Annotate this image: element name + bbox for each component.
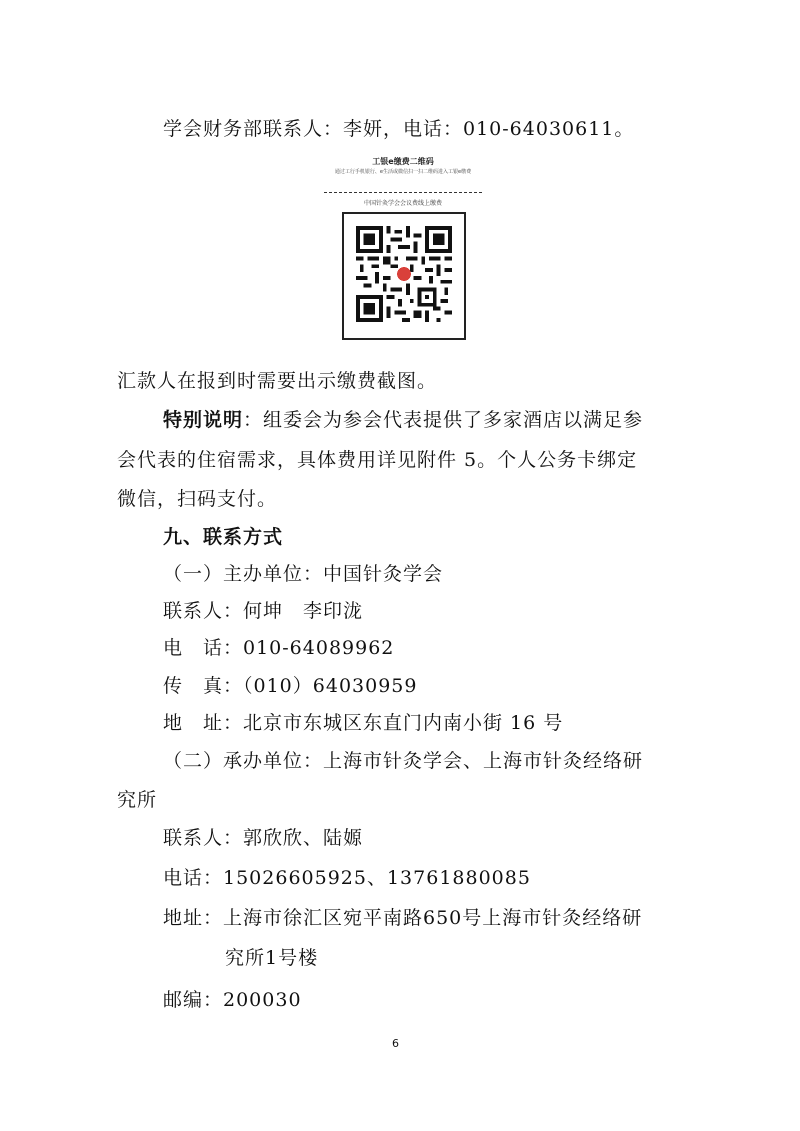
- remit-note: 汇款人在报到时需要出示缴费截图。: [117, 369, 437, 393]
- dashed-divider: [324, 192, 482, 193]
- organizer-address-line2: 究所1号楼: [225, 946, 318, 970]
- qr-frame: [342, 212, 466, 340]
- special-note-line1: 特别说明：组委会为参会代表提供了多家酒店以满足参: [163, 408, 643, 432]
- host-address: 地 址：北京市东城区东直门内南小街 16 号: [163, 711, 563, 735]
- special-note-line3: 微信，扫码支付。: [117, 487, 277, 511]
- organizer-postcode: 邮编：200030: [163, 988, 302, 1012]
- organizer-contact: 联系人：郭欣欣、陆嫄: [163, 826, 363, 850]
- finance-contact: 学会财务部联系人：李妍，电话：010-64030611。: [163, 117, 634, 141]
- qr-code-icon[interactable]: [356, 226, 452, 322]
- host-phone: 电 话：010-64089962: [163, 636, 394, 660]
- organizer-title-line2: 究所: [117, 788, 157, 812]
- organizer-title-line1: （二）承办单位：上海市针灸学会、上海市针灸经络研: [163, 749, 643, 773]
- special-note-line2: 会代表的住宿需求，具体费用详见附件 5。个人公务卡绑定: [117, 448, 637, 472]
- organizer-address-line1: 地址：上海市徐汇区宛平南路650号上海市针灸经络研: [163, 906, 642, 930]
- organizer-phone: 电话：15026605925、13761880085: [163, 866, 531, 890]
- bank-logo-icon: [397, 267, 411, 281]
- special-note-label: 特别说明: [163, 409, 243, 431]
- page-number: 6: [392, 1037, 399, 1050]
- special-note-text: ：组委会为参会代表提供了多家酒店以满足参: [243, 409, 643, 431]
- qr-payment-card: 工银e缴费二维码 通过工行手机银行、e生活或微信扫一扫二维码进入工银e缴费 中国…: [318, 156, 488, 346]
- qr-subtitle: 通过工行手机银行、e生活或微信扫一扫二维码进入工银e缴费: [318, 168, 488, 175]
- qr-caption: 中国针灸学会会议费线上缴费: [318, 198, 488, 207]
- host-contact: 联系人：何坤 李印泷: [163, 599, 363, 623]
- qr-title: 工银e缴费二维码: [318, 156, 488, 167]
- host-unit-title: （一）主办单位：中国针灸学会: [163, 562, 443, 586]
- host-fax: 传 真：（010）64030959: [163, 674, 417, 698]
- section-heading-contact: 九、联系方式: [163, 525, 283, 549]
